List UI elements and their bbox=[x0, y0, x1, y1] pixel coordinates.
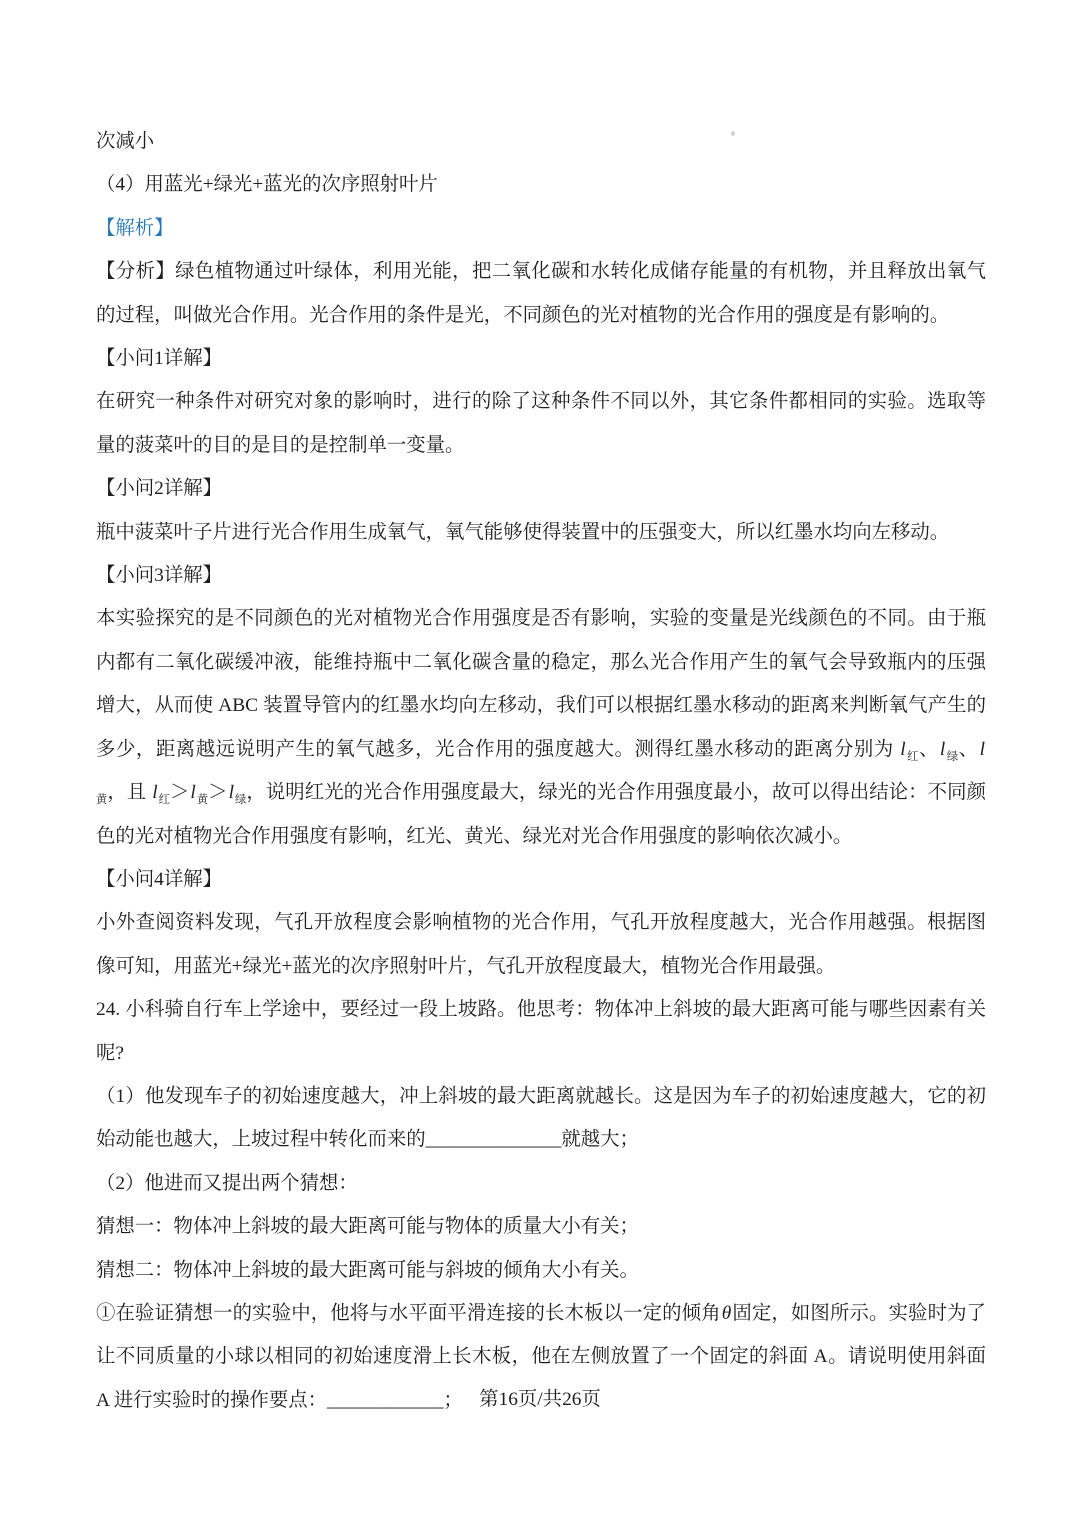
question-24-part-1: （1）他发现车子的初始速度越大，冲上斜坡的最大距离就越长。这是因为车子的初始速度… bbox=[96, 1075, 986, 1162]
analysis-section-header: 【解析】 bbox=[96, 207, 986, 250]
text-run: 就越大； bbox=[561, 1129, 639, 1150]
guess-1: 猜想一：物体冲上斜坡的最大距离可能与物体的质量大小有关； bbox=[96, 1205, 986, 1248]
text-run: ，且 bbox=[107, 782, 151, 803]
paragraph-subquestion-2: 瓶中菠菜叶子片进行光合作用生成氧气，氧气能够使得装置中的压强变大，所以红墨水均向… bbox=[96, 511, 986, 554]
variable-l: l bbox=[151, 782, 158, 803]
page-content: 次减小 （4）用蓝光+绿光+蓝光的次序照射叶片 【解析】 【分析】绿色植物通过叶… bbox=[96, 120, 986, 1422]
separator: 、 bbox=[959, 739, 979, 760]
question-24-stem: 24. 小科骑自行车上学途中，要经过一段上坡路。他思考：物体冲上斜坡的最大距离可… bbox=[96, 988, 986, 1075]
text-run: ①在验证猜想一的实验中，他将与水平面平滑连接的长木板以一定的倾角 bbox=[96, 1303, 721, 1324]
subscript-green: 绿 bbox=[235, 794, 246, 806]
variable-l: l bbox=[899, 739, 906, 760]
paragraph-answer-tail: 次减小 bbox=[96, 120, 986, 163]
page-number: 第16页/共26页 bbox=[0, 1385, 1080, 1415]
subscript-green: 绿 bbox=[946, 751, 958, 763]
separator: 、 bbox=[919, 739, 939, 760]
variable-l: l bbox=[228, 782, 235, 803]
subscript-yellow: 黄 bbox=[197, 794, 208, 806]
subscript-red: 红 bbox=[907, 751, 919, 763]
greater-than-sign: ＞ bbox=[208, 782, 227, 803]
paragraph-subquestion-1: 在研究一种条件对研究对象的影响时，进行的除了这种条件不同以外，其它条件都相同的实… bbox=[96, 380, 986, 467]
guess-2: 猜想二：物体冲上斜坡的最大距离可能与斜坡的倾角大小有关。 bbox=[96, 1249, 986, 1292]
subquestion-3-header: 【小问3详解】 bbox=[96, 554, 986, 597]
variable-theta: θ bbox=[721, 1303, 733, 1324]
subscript-red: 红 bbox=[159, 794, 170, 806]
variable-l: l bbox=[189, 782, 196, 803]
paragraph-analysis: 【分析】绿色植物通过叶绿体，利用光能，把二氧化碳和水转化成储存能量的有机物，并且… bbox=[96, 250, 986, 337]
paragraph-subquestion-4: 小外查阅资料发现，气孔开放程度会影响植物的光合作用，气孔开放程度越大，光合作用越… bbox=[96, 901, 986, 988]
question-24-part-2: （2）他进而又提出两个猜想： bbox=[96, 1162, 986, 1205]
subquestion-1-header: 【小问1详解】 bbox=[96, 337, 986, 380]
document-page: 次减小 （4）用蓝光+绿光+蓝光的次序照射叶片 【解析】 【分析】绿色植物通过叶… bbox=[0, 0, 1080, 1527]
text-run: 本实验探究的是不同颜色的光对植物光合作用强度是否有影响，实验的变量是光线颜色的不… bbox=[96, 608, 986, 759]
greater-than-sign: ＞ bbox=[170, 782, 189, 803]
subquestion-4-header: 【小问4详解】 bbox=[96, 858, 986, 901]
paragraph-answer-4: （4）用蓝光+绿光+蓝光的次序照射叶片 bbox=[96, 163, 986, 206]
paragraph-subquestion-3: 本实验探究的是不同颜色的光对植物光合作用强度是否有影响，实验的变量是光线颜色的不… bbox=[96, 597, 986, 857]
fill-in-blank: ______________ bbox=[426, 1129, 562, 1150]
variable-l: l bbox=[979, 739, 986, 760]
subquestion-2-header: 【小问2详解】 bbox=[96, 467, 986, 510]
subscript-yellow: 黄 bbox=[96, 794, 107, 806]
